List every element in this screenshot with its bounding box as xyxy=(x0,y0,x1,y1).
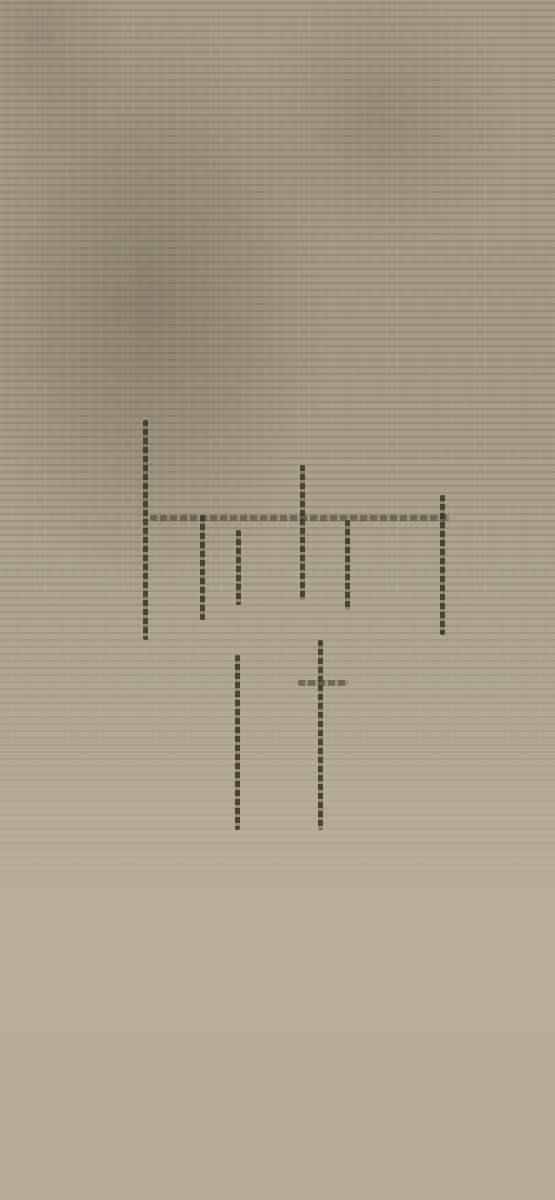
vertical-mark xyxy=(440,495,445,635)
vertical-mark xyxy=(345,520,350,610)
vertical-mark xyxy=(318,640,323,830)
paper-photo xyxy=(0,0,555,1200)
vertical-mark xyxy=(235,655,240,830)
vertical-mark xyxy=(143,420,148,640)
vertical-mark xyxy=(200,515,205,620)
paper-texture xyxy=(0,0,555,900)
horizontal-mark xyxy=(298,680,348,686)
vertical-mark xyxy=(300,465,305,600)
vertical-mark xyxy=(236,530,241,605)
